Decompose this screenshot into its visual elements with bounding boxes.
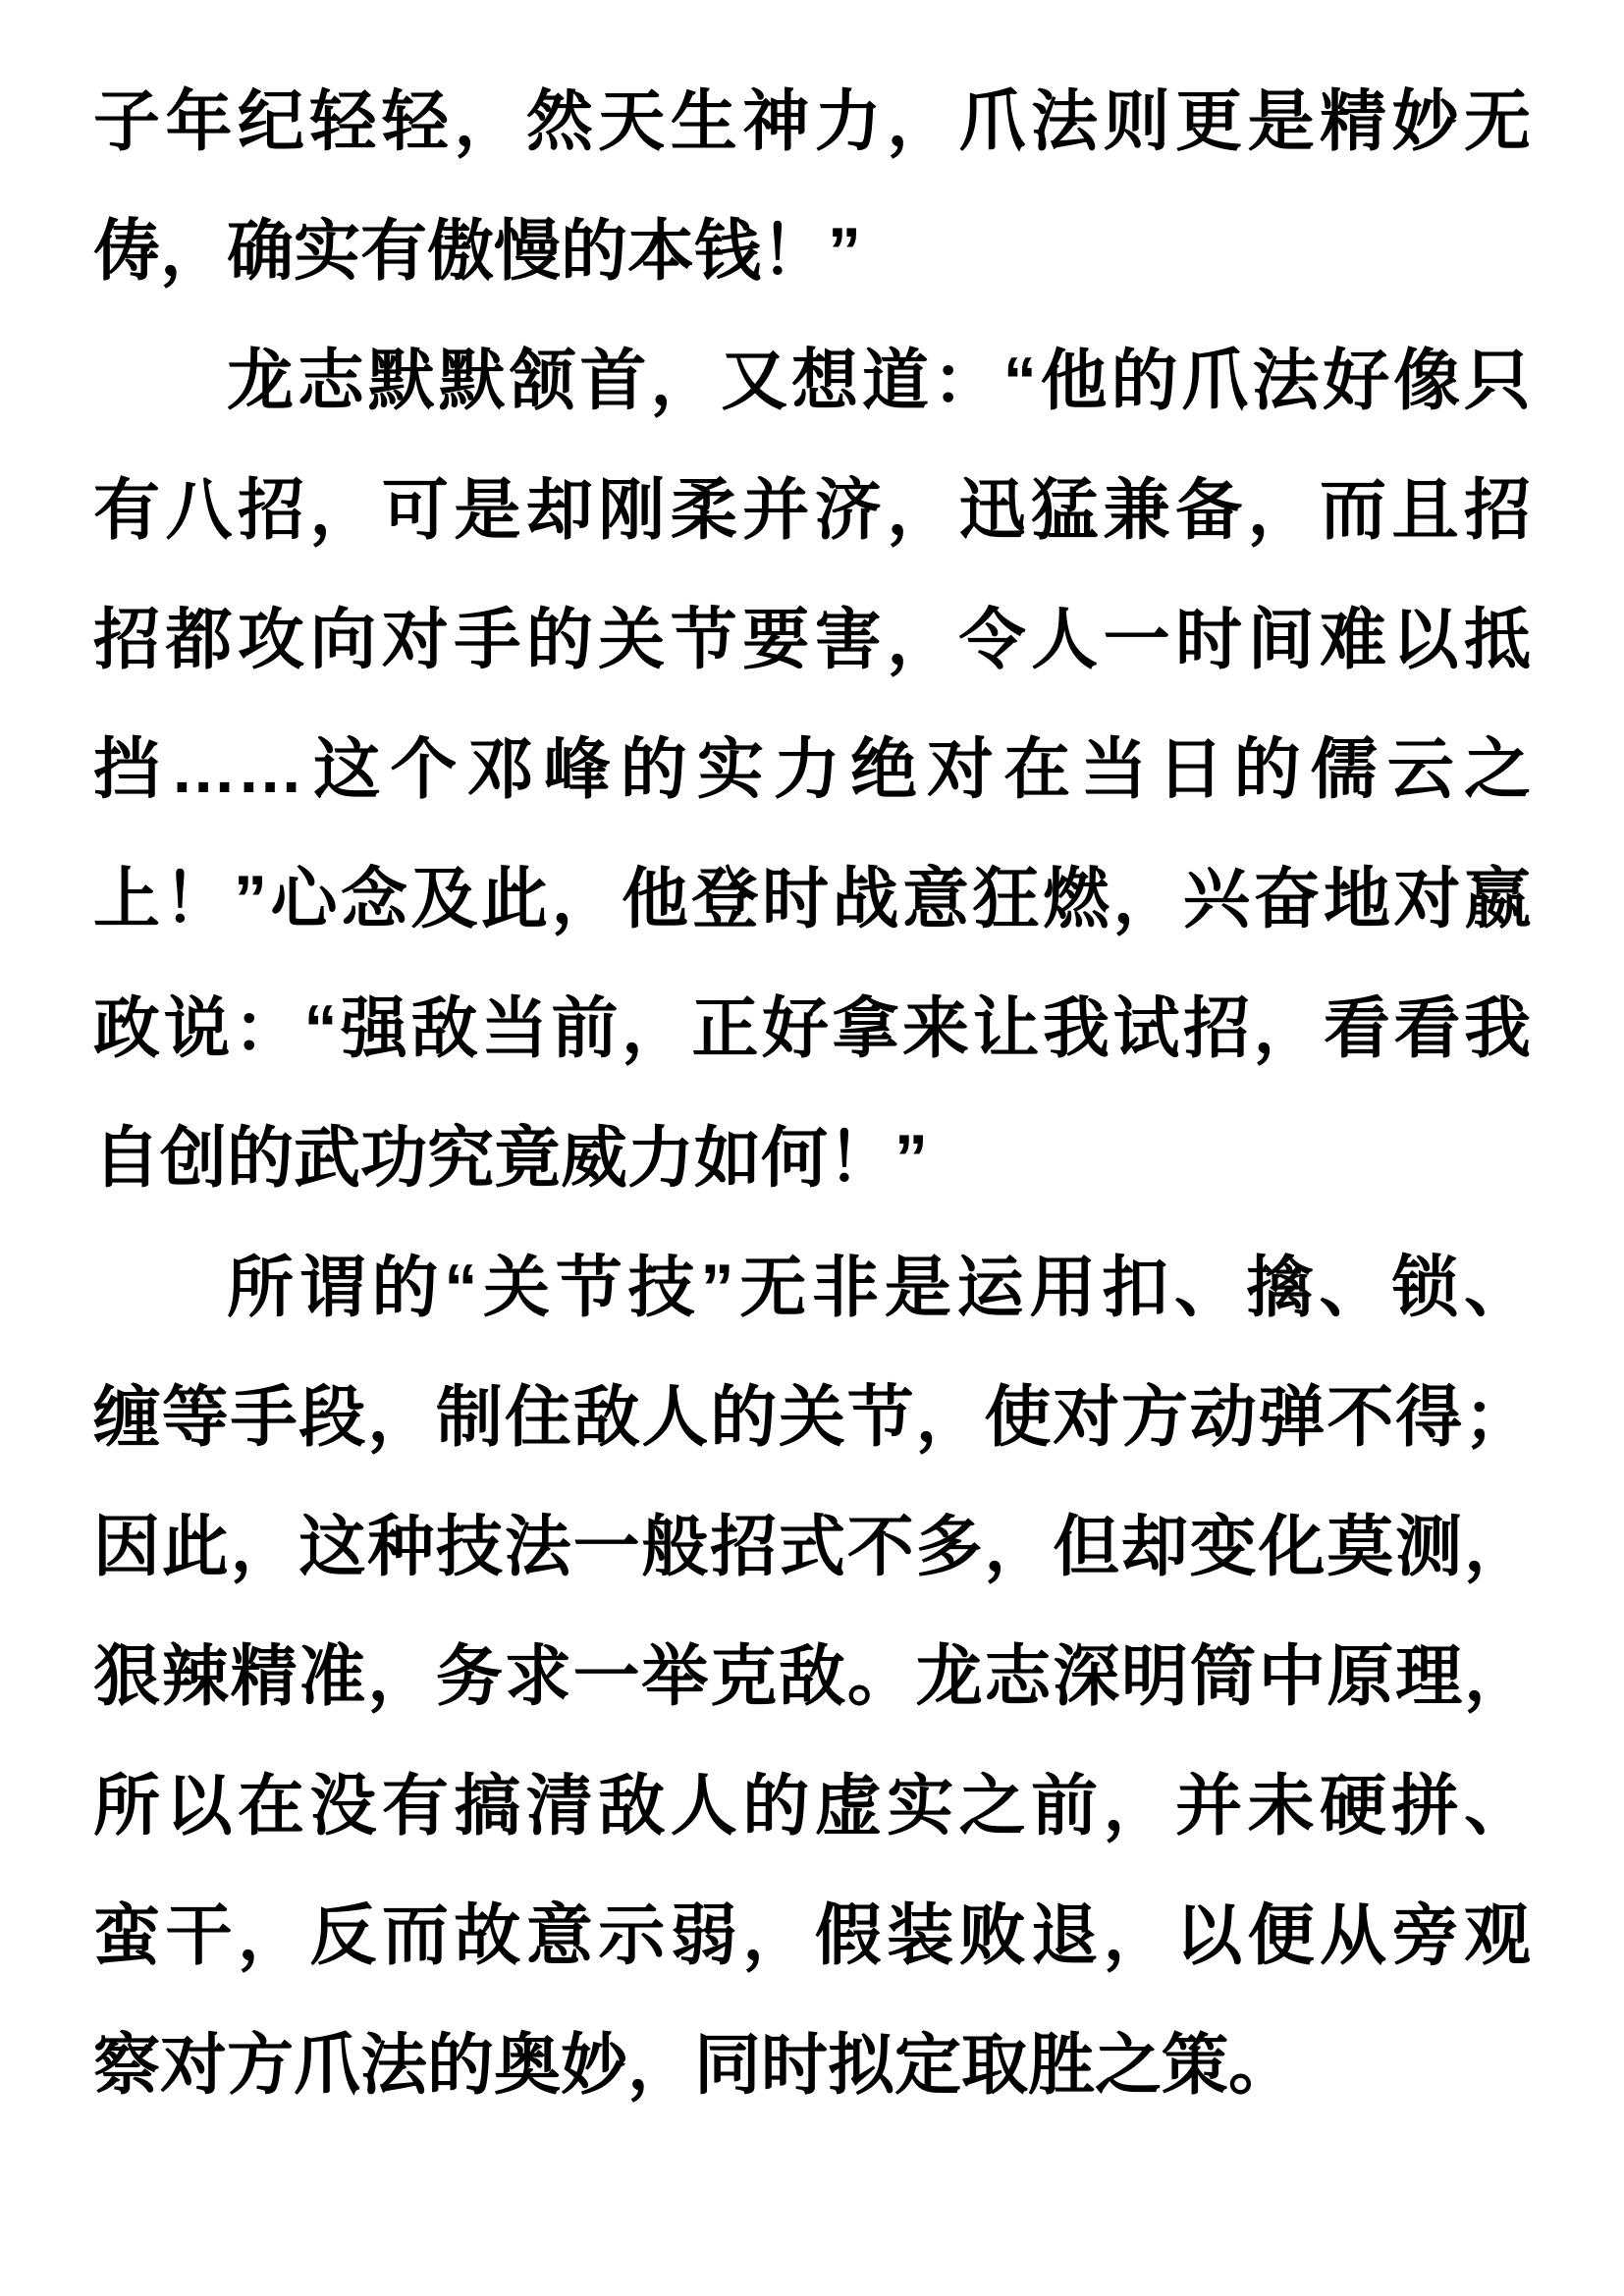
text-line: 有八招，可是却刚柔并济，迅猛兼备，而且招 bbox=[93, 446, 1531, 575]
text-line: 上！”心念及此，他登时战意狂燃，兴奋地对嬴 bbox=[93, 834, 1531, 964]
text-line: 龙志默默颔首，又想道：“他的爪法好像只 bbox=[93, 316, 1531, 446]
text-line: 自创的武功究竟威力如何！” bbox=[93, 1094, 1531, 1223]
text-line: 挡……这个邓峰的实力绝对在当日的儒云之 bbox=[93, 705, 1531, 834]
text-line: 因此，这种技法一般招式不多，但却变化莫测， bbox=[93, 1482, 1531, 1612]
text-line: 缠等手段，制住敌人的关节，使对方动弹不得； bbox=[93, 1353, 1531, 1482]
text-line: 政说：“强敌当前，正好拿来让我试招，看看我 bbox=[93, 964, 1531, 1094]
book-page: 子年纪轻轻，然天生神力，爪法则更是精妙无 俦，确实有傲慢的本钱！” 龙志默默颔首… bbox=[0, 0, 1624, 2296]
text-line: 所以在没有搞清敌人的虚实之前，并未硬拼、 bbox=[93, 1741, 1531, 1871]
text-line: 狠辣精准，务求一举克敌。龙志深明筒中原理， bbox=[93, 1612, 1531, 1741]
text-line: 招都攻向对手的关节要害，令人一时间难以抵 bbox=[93, 575, 1531, 705]
text-line: 所谓的“关节技”无非是运用扣、擒、锁、 bbox=[93, 1223, 1531, 1353]
text-line: 子年纪轻轻，然天生神力，爪法则更是精妙无 bbox=[93, 57, 1531, 187]
text-line: 俦，确实有傲慢的本钱！” bbox=[93, 187, 1531, 316]
text-line: 蛮干，反而故意示弱，假装败退，以便从旁观 bbox=[93, 1871, 1531, 2001]
text-line: 察对方爪法的奥妙，同时拟定取胜之策。 bbox=[93, 2001, 1531, 2130]
